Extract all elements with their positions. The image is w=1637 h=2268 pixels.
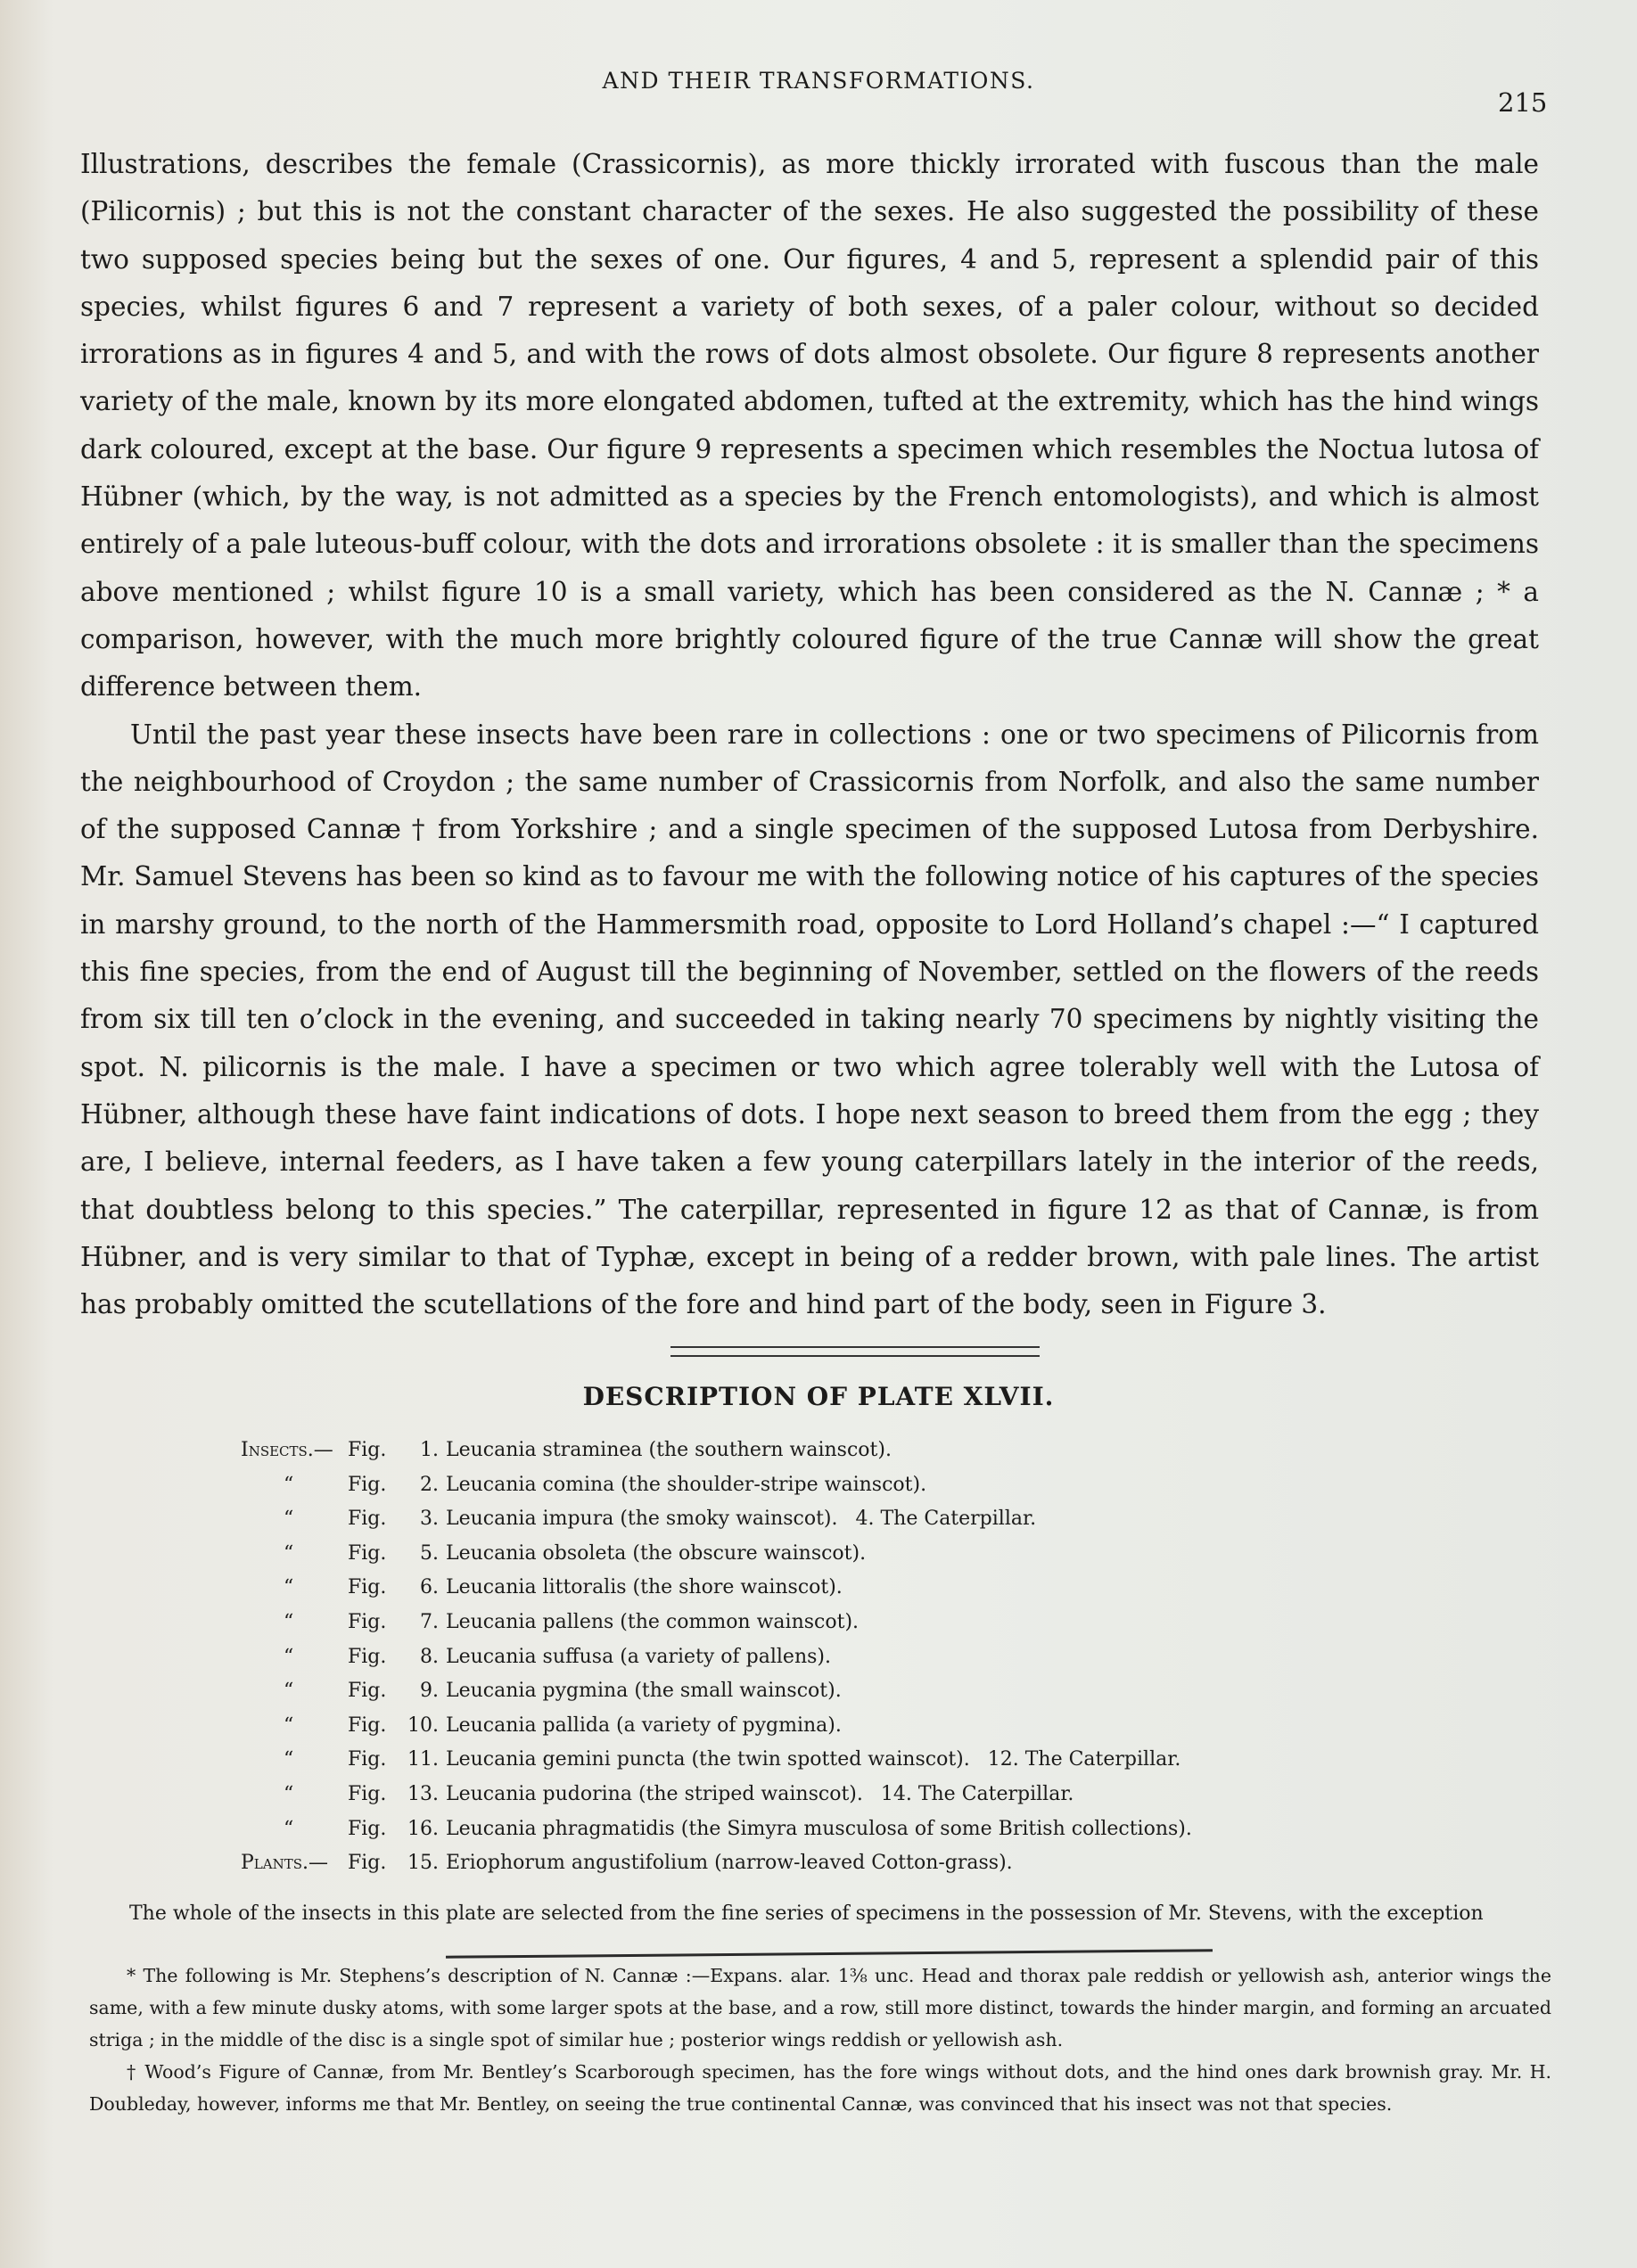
- fig-label: Fig.: [348, 1606, 394, 1640]
- fig-description: Leucania phragmatidis (the Simyra muscul…: [446, 1812, 1192, 1847]
- ditto-mark: “: [241, 1674, 348, 1709]
- paragraph-2: Until the past year these insects have b…: [80, 711, 1539, 1329]
- fig-description: Leucania pygmina (the small wainscot).: [446, 1674, 842, 1709]
- fig-number: 7.: [394, 1606, 446, 1640]
- footnote-divider: [446, 1949, 1213, 1959]
- ditto-mark: “: [241, 1537, 348, 1572]
- ditto-mark: “: [241, 1812, 348, 1847]
- fig-label: Fig.: [348, 1468, 394, 1503]
- fig-label: Fig.: [348, 1502, 394, 1537]
- fig-label: Fig.: [348, 1434, 394, 1468]
- fig-description: Leucania pudorina (the striped wainscot)…: [446, 1778, 863, 1812]
- body-text: Illustrations, describes the female (Cra…: [80, 141, 1539, 1328]
- fig-description: Eriophorum angustifolium (narrow-leaved …: [446, 1846, 1013, 1881]
- ditto-mark: “: [241, 1502, 348, 1537]
- fig-label: Fig.: [348, 1537, 394, 1572]
- page-number: 215: [1498, 87, 1547, 118]
- fig-number: 1.: [394, 1434, 446, 1468]
- plate-row: “ Fig. 2. Leucania comina (the shoulder-…: [241, 1468, 1489, 1503]
- plate-row: “ Fig. 6. Leucania littoralis (the shore…: [241, 1571, 1489, 1606]
- fig-number: 15.: [394, 1846, 446, 1881]
- fig-number: 6.: [394, 1571, 446, 1606]
- fig-number: 8.: [394, 1640, 446, 1675]
- ditto-mark: “: [241, 1571, 348, 1606]
- plate-row: Insects.— Fig. 1. Leucania straminea (th…: [241, 1434, 1489, 1468]
- fig-label: Fig.: [348, 1846, 394, 1881]
- fig-label: Fig.: [348, 1743, 394, 1778]
- fig-extra: 4. The Caterpillar.: [856, 1502, 1037, 1537]
- plate-row: “ Fig. 16. Leucania phragmatidis (the Si…: [241, 1812, 1489, 1847]
- fig-description: Leucania straminea (the southern wainsco…: [446, 1434, 892, 1468]
- fig-number: 16.: [394, 1812, 446, 1847]
- paragraph-1: Illustrations, describes the female (Cra…: [80, 141, 1539, 711]
- ditto-mark: “: [241, 1606, 348, 1640]
- fig-description: Leucania pallens (the common wainscot).: [446, 1606, 859, 1640]
- plate-row: “ Fig. 7. Leucania pallens (the common w…: [241, 1606, 1489, 1640]
- book-page: AND THEIR TRANSFORMATIONS. 215 Illustrat…: [0, 0, 1637, 2268]
- fig-description: Leucania suffusa (a variety of pallens).: [446, 1640, 831, 1675]
- plate-title: DESCRIPTION OF PLATE XLVII.: [0, 1382, 1637, 1411]
- row-label: Plants.—: [241, 1846, 348, 1881]
- plate-row: “ Fig. 5. Leucania obsoleta (the obscure…: [241, 1537, 1489, 1572]
- fig-label: Fig.: [348, 1640, 394, 1675]
- fig-number: 3.: [394, 1502, 446, 1537]
- section-divider: [670, 1346, 1040, 1357]
- plate-row: “ Fig. 8. Leucania suffusa (a variety of…: [241, 1640, 1489, 1675]
- fig-number: 10.: [394, 1709, 446, 1744]
- fig-number: 2.: [394, 1468, 446, 1503]
- fig-description: Leucania impura (the smoky wainscot).: [446, 1502, 838, 1537]
- fig-description: Leucania comina (the shoulder-stripe wai…: [446, 1468, 926, 1503]
- fig-label: Fig.: [348, 1571, 394, 1606]
- row-label: Insects.—: [241, 1434, 348, 1468]
- plate-figure-list: Insects.— Fig. 1. Leucania straminea (th…: [241, 1434, 1489, 1881]
- fig-number: 11.: [394, 1743, 446, 1778]
- plate-note: The whole of the insects in this plate a…: [129, 1899, 1547, 1929]
- fig-number: 5.: [394, 1537, 446, 1572]
- fig-description: Leucania pallida (a variety of pygmina).: [446, 1709, 842, 1744]
- fig-description: Leucania littoralis (the shore wainscot)…: [446, 1571, 843, 1606]
- fig-label: Fig.: [348, 1709, 394, 1744]
- ditto-mark: “: [241, 1640, 348, 1675]
- footnote-dagger: † Wood’s Figure of Cannæ, from Mr. Bentl…: [89, 2056, 1551, 2120]
- fig-description: Leucania gemini puncta (the twin spotted…: [446, 1743, 970, 1778]
- fig-number: 13.: [394, 1778, 446, 1812]
- footnotes: * The following is Mr. Stephens’s descri…: [89, 1960, 1551, 2120]
- footnote-star: * The following is Mr. Stephens’s descri…: [89, 1960, 1551, 2056]
- fig-number: 9.: [394, 1674, 446, 1709]
- plate-row: “ Fig. 11. Leucania gemini puncta (the t…: [241, 1743, 1489, 1778]
- plate-row: Plants.— Fig. 15. Eriophorum angustifoli…: [241, 1846, 1489, 1881]
- running-head: AND THEIR TRANSFORMATIONS.: [0, 68, 1637, 94]
- ditto-mark: “: [241, 1778, 348, 1812]
- ditto-mark: “: [241, 1709, 348, 1744]
- fig-extra: 12. The Caterpillar.: [988, 1743, 1181, 1778]
- plate-row: “ Fig. 9. Leucania pygmina (the small wa…: [241, 1674, 1489, 1709]
- fig-description: Leucania obsoleta (the obscure wainscot)…: [446, 1537, 866, 1572]
- ditto-mark: “: [241, 1468, 348, 1503]
- fig-extra: 14. The Caterpillar.: [881, 1778, 1074, 1812]
- fig-label: Fig.: [348, 1674, 394, 1709]
- plate-row: “ Fig. 3. Leucania impura (the smoky wai…: [241, 1502, 1489, 1537]
- plate-row: “ Fig. 10. Leucania pallida (a variety o…: [241, 1709, 1489, 1744]
- fig-label: Fig.: [348, 1812, 394, 1847]
- plate-row: “ Fig. 13. Leucania pudorina (the stripe…: [241, 1778, 1489, 1812]
- fig-label: Fig.: [348, 1778, 394, 1812]
- ditto-mark: “: [241, 1743, 348, 1778]
